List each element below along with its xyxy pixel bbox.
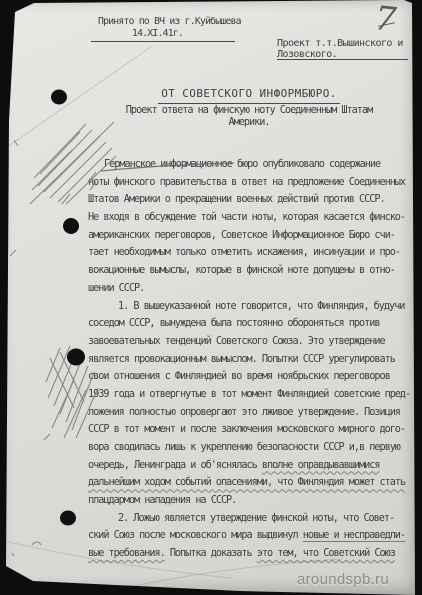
subtitle-line2: Америки. — [88, 117, 410, 129]
body-text: бюро опубликовало содержание — [232, 159, 380, 170]
draft-authors: Проект т.т.Вышинского и Лозовского. — [277, 38, 403, 61]
handwritten-page-number: 7 — [373, 0, 398, 39]
document-heading: ОТ СОВЕТСКОГО ИНФОРМБЮРО. — [158, 87, 340, 104]
watermark: aroundspb.ru — [297, 571, 389, 588]
authors-line1: Проект т.т.Вышинского и — [277, 38, 403, 49]
body-line: СССР в тот момент и после заключения мос… — [88, 421, 416, 439]
body-line: вые требования. Попытка доказать это тем… — [88, 545, 416, 563]
body-line: вора сводилась лишь к укреплению безопас… — [88, 439, 416, 457]
document-subtitle: Проект ответа на финскую ноту Соединенны… — [88, 105, 410, 128]
body-line: свои отношения с Финляндией во время ноя… — [88, 368, 416, 386]
heading-wrap: ОТ СОВЕТСКОГО ИНФОРМБЮРО. — [88, 82, 410, 104]
body-line: ноты финского правительства в ответ на п… — [88, 174, 416, 192]
received-line1: Принято по ВЧ из г.Куйбышева — [98, 16, 241, 28]
document-page: Принято по ВЧ из г.Куйбышева 14.XI.41г. … — [0, 0, 422, 595]
body-line: соседом СССР, вынуждена была постоянно о… — [88, 315, 416, 333]
body-line: очередь, Ленинграда и об'яснялась вполне… — [88, 457, 416, 475]
body-text: Попытка доказать — [165, 548, 257, 559]
punch-hole — [60, 511, 76, 526]
received-stamp: Принято по ВЧ из г.Куйбышева 14.XI.41г. — [98, 16, 241, 39]
pencil-underlined-text: новые и несправедли- — [303, 530, 405, 541]
punch-holes — [51, 90, 85, 526]
body-line: американских переговоров, Советское Инфо… — [88, 227, 416, 245]
subtitle-line1: Проект ответа на финскую ноту Соединенны… — [88, 105, 410, 117]
body-text: ский Союз после московского мира выдвину… — [88, 530, 303, 541]
struck-text: Германское информационное — [104, 159, 232, 170]
body-line: плацдармом нападения на СССР. — [88, 492, 416, 510]
body-line: завоевательных тенденций Советского Союз… — [88, 333, 416, 351]
body-line: 1939 года и отвергнутые в тот момент Фин… — [88, 386, 416, 404]
punch-hole — [67, 349, 85, 366]
body-line: ложения полностью опровергают это лживое… — [88, 404, 416, 422]
punch-hole — [51, 90, 67, 105]
body-line: шении СССР. — [88, 280, 416, 298]
punch-hole — [63, 218, 79, 234]
body-line: является провокационным вымыслом. Попытк… — [88, 351, 416, 369]
body-line: тает необходимым только отметить искажен… — [88, 244, 416, 262]
body-line: ский Союз после московского мира выдвину… — [88, 527, 416, 545]
document-body: Германское информационное бюро опубликов… — [88, 156, 416, 563]
document-photo: Принято по ВЧ из г.Куйбышева 14.XI.41г. … — [0, 0, 422, 595]
pencil-wavy-underlined-line: дальнейшим ходом событий опасениями, что… — [88, 474, 416, 492]
received-underline — [91, 41, 235, 42]
pencil-wavy-underlined-text: вые требования. — [88, 548, 165, 559]
pencil-wavy-underlined-text: вполне оправдывавшимися — [262, 460, 380, 471]
small-pencil-marks — [10, 140, 41, 556]
received-date: 14.XI.41г. — [132, 28, 241, 40]
body-line: 2. Ложью является утверждение финской но… — [88, 510, 416, 528]
body-line: 1. В вышеуказанной ноте говорится, что Ф… — [88, 298, 416, 316]
body-text: очередь, Ленинграда и об'яснялась — [88, 460, 262, 471]
body-line: Штатов Америки о прекращении военных дей… — [88, 191, 416, 209]
authors-underline — [277, 59, 408, 60]
body-line: Не входя в обсуждение той части ноты, ко… — [88, 209, 416, 227]
pencil-wavy-underlined-text: это тем, что Советский Союз — [257, 548, 395, 559]
body-line: Германское информационное бюро опубликов… — [88, 156, 416, 174]
body-line: вокационные вымыслы, которые в финской н… — [88, 262, 416, 280]
